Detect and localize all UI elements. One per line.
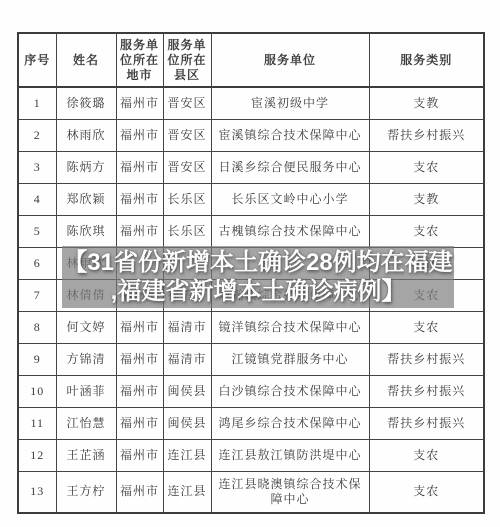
table-cell: 江镜镇党群服务中心 (211, 343, 369, 375)
table-cell: 长乐区文岭中心小学 (211, 183, 369, 215)
table-row: 9方锦清福州市福清市江镜镇党群服务中心帮扶乡村振兴 (18, 343, 484, 375)
table-cell: 帮扶乡村振兴 (369, 375, 484, 407)
table-cell: 2 (18, 119, 56, 151)
table-cell: 何文婷 (56, 311, 116, 343)
table-cell: 白沙镇综合技术保障中心 (211, 375, 369, 407)
table-cell: 支教 (369, 183, 484, 215)
table-cell: 福州市 (116, 375, 163, 407)
table-row: 10叶涵菲福州市闽侯县白沙镇综合技术保障中心帮扶乡村振兴 (18, 375, 484, 407)
table-cell: 福州市 (116, 119, 163, 151)
table-cell: 长乐区 (163, 215, 211, 247)
header-cell-city: 服务单位所在地市 (116, 33, 163, 87)
table-cell: 徐筱璐 (56, 87, 116, 119)
table-cell: 宦溪镇综合技术保障中心 (211, 119, 369, 151)
table-cell: 支农 (369, 471, 484, 513)
table-cell: 陈欣琪 (56, 215, 116, 247)
table-cell: 王芷涵 (56, 439, 116, 471)
table-cell: 福州市 (116, 87, 163, 119)
table-cell: 帮扶乡村振兴 (369, 407, 484, 439)
table-cell: 福州市 (116, 311, 163, 343)
header-cell-name: 姓名 (56, 33, 116, 87)
watermark-overlay: 【31省份新增本土确诊28例均在福建 ,福建省新增本土确诊病例】 (62, 246, 454, 308)
table-row: 11江怡慧福州市闽侯县鸿尾乡综合技术保障中心帮扶乡村振兴 (18, 407, 484, 439)
table-cell: 连江县敖江镇防洪堤中心 (211, 439, 369, 471)
table-cell: 福清市 (163, 311, 211, 343)
table-row: 1徐筱璐福州市晋安区宦溪初级中学支教 (18, 87, 484, 119)
table-cell: 福州市 (116, 151, 163, 183)
header-cell-service-unit: 服务单位 (211, 33, 369, 87)
table-cell: 福州市 (116, 343, 163, 375)
table-cell: 福州市 (116, 215, 163, 247)
table-cell: 福州市 (116, 439, 163, 471)
table-cell: 日溪乡综合便民服务中心 (211, 151, 369, 183)
table-cell: 宦溪初级中学 (211, 87, 369, 119)
watermark-text-line2: ,福建省新增本土确诊病例】 (111, 277, 406, 306)
table-cell: 支教 (369, 87, 484, 119)
table-cell: 3 (18, 151, 56, 183)
table-cell: 长乐区 (163, 183, 211, 215)
table-cell: 支农 (369, 439, 484, 471)
table-cell: 7 (18, 279, 56, 311)
watermark-text-line1: 【31省份新增本土确诊28例均在福建 (63, 248, 452, 277)
table-row: 8何文婷福州市福清市镜洋镇综合技术保障中心支农 (18, 311, 484, 343)
table-cell: 4 (18, 183, 56, 215)
table-cell: 12 (18, 439, 56, 471)
table-cell: 古槐镇综合技术保障中心 (211, 215, 369, 247)
table-cell: 8 (18, 311, 56, 343)
table-row: 13王方柠福州市连江县连江县晓澳镇综合技术保障中心支农 (18, 471, 484, 513)
table-cell: 帮扶乡村振兴 (369, 119, 484, 151)
table-cell: 1 (18, 87, 56, 119)
table-cell: 江怡慧 (56, 407, 116, 439)
table-cell: 帮扶乡村振兴 (369, 343, 484, 375)
table-row: 5陈欣琪福州市长乐区古槐镇综合技术保障中心支农 (18, 215, 484, 247)
table-cell: 支农 (369, 151, 484, 183)
table-cell: 福州市 (116, 183, 163, 215)
header-cell-category: 服务类别 (369, 33, 484, 87)
table-cell: 9 (18, 343, 56, 375)
table-cell: 福州市 (116, 407, 163, 439)
table-cell: 连江县晓澳镇综合技术保障中心 (211, 471, 369, 513)
table-cell: 6 (18, 247, 56, 279)
header-cell-county: 服务单位所在县区 (163, 33, 211, 87)
header-row: 序号 姓名 服务单位所在地市 服务单位所在县区 服务单位 服务类别 (18, 33, 484, 87)
table-cell: 连江县 (163, 471, 211, 513)
table-cell: 王方柠 (56, 471, 116, 513)
table-cell: 晋安区 (163, 151, 211, 183)
table-cell: 福清市 (163, 343, 211, 375)
table-cell: 陈炳方 (56, 151, 116, 183)
table-row: 2林雨欣福州市晋安区宦溪镇综合技术保障中心帮扶乡村振兴 (18, 119, 484, 151)
table-row: 4郑欣颖福州市长乐区长乐区文岭中心小学支教 (18, 183, 484, 215)
table-cell: 闽侯县 (163, 375, 211, 407)
table-cell: 郑欣颖 (56, 183, 116, 215)
roster-table-header: 序号 姓名 服务单位所在地市 服务单位所在县区 服务单位 服务类别 (18, 33, 484, 87)
table-cell: 支农 (369, 311, 484, 343)
table-cell: 方锦清 (56, 343, 116, 375)
table-cell: 叶涵菲 (56, 375, 116, 407)
table-cell: 晋安区 (163, 119, 211, 151)
page: 序号 姓名 服务单位所在地市 服务单位所在县区 服务单位 服务类别 1徐筱璐福州… (0, 0, 500, 527)
table-cell: 连江县 (163, 439, 211, 471)
table-cell: 镜洋镇综合技术保障中心 (211, 311, 369, 343)
table-cell: 支农 (369, 215, 484, 247)
table-cell: 5 (18, 215, 56, 247)
table-cell: 福州市 (116, 471, 163, 513)
table-cell: 鸿尾乡综合技术保障中心 (211, 407, 369, 439)
table-cell: 13 (18, 471, 56, 513)
table-cell: 林雨欣 (56, 119, 116, 151)
table-cell: 闽侯县 (163, 407, 211, 439)
table-cell: 11 (18, 407, 56, 439)
header-cell-index: 序号 (18, 33, 56, 87)
table-cell: 晋安区 (163, 87, 211, 119)
table-cell: 10 (18, 375, 56, 407)
table-row: 3陈炳方福州市晋安区日溪乡综合便民服务中心支农 (18, 151, 484, 183)
table-row: 12王芷涵福州市连江县连江县敖江镇防洪堤中心支农 (18, 439, 484, 471)
